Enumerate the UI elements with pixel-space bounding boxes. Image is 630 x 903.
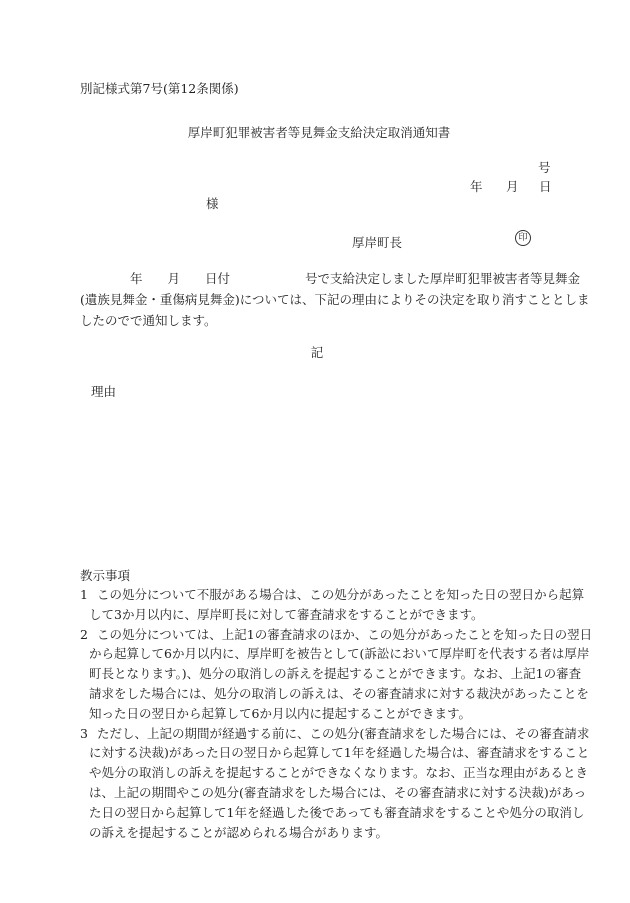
notice-number: 2 bbox=[80, 625, 88, 645]
notice-number: 1 bbox=[80, 585, 88, 605]
notice-line: に対する決裁)があった日の翌日から起算して1年を経過した場合は、審査請求をするこ… bbox=[80, 743, 560, 763]
date-month-label: 月 bbox=[506, 177, 519, 195]
notice-line: この処分については、上記1の審査請求のほか、この処分があったことを知った日の翌日 bbox=[80, 625, 560, 645]
notice-number: 3 bbox=[80, 724, 88, 744]
notice-line: 請求をした場合には、処分の取消しの訴えは、その審査請求に対する裁決があったことを bbox=[80, 684, 560, 704]
seal-icon: 印 bbox=[515, 230, 531, 246]
body-paragraph: 年 月 日付 号で支給決定しました厚岸町犯罪被害者等見舞金 (遺族見舞金・重傷病… bbox=[80, 268, 552, 331]
notice-line: 町長となります。)、処分の取消しの訴えを提起することができます。なお、上記1の審… bbox=[80, 664, 560, 684]
notice-line: から起算して6か月以内に、厚岸町を被告として(訴訟において厚岸町を代表する者は厚… bbox=[80, 644, 560, 664]
body-line: したのでで通知します。 bbox=[80, 310, 552, 331]
addressee-suffix: 様 bbox=[206, 194, 219, 212]
notice-item: 3 ただし、上記の期間が経過する前に、この処分(審査請求をした場合には、その審査… bbox=[80, 724, 560, 843]
notice-line: この処分について不服がある場合は、この処分があったことを知った日の翌日から起算 bbox=[80, 585, 560, 605]
form-id: 別記様式第7号(第12条関係) bbox=[80, 79, 239, 97]
ki-heading: 記 bbox=[0, 343, 630, 361]
notice-item: 2 この処分については、上記1の審査請求のほか、この処分があったことを知った日の… bbox=[80, 625, 560, 724]
notice-line: や処分の取消しの訴えを提起することができなくなります。なお、正当な理由があるとき bbox=[80, 763, 560, 783]
document-title: 厚岸町犯罪被害者等見舞金支給決定取消通知書 bbox=[0, 123, 630, 141]
notice-heading: 教示事項 bbox=[80, 566, 130, 584]
date-day-label: 日 bbox=[539, 177, 552, 195]
notice-line: ただし、上記の期間が経過する前に、この処分(審査請求をした場合には、その審査請求 bbox=[80, 724, 560, 744]
reason-label: 理由 bbox=[91, 382, 116, 400]
notice-line: は、上記の期間やこの処分(審査請求をした場合には、その審査請求に対する決裁)があ… bbox=[80, 783, 560, 803]
notice-item: 1 この処分について不服がある場合は、この処分があったことを知った日の翌日から起… bbox=[80, 585, 560, 625]
notice-line: して3か月以内に、厚岸町長に対して審査請求をすることができます。 bbox=[80, 605, 560, 625]
notice-line: の訴えを提起することが認められる場合があります。 bbox=[80, 823, 560, 843]
body-line: (遺族見舞金・重傷病見舞金)については、下記の理由によりその決定を取り消すことと… bbox=[80, 289, 552, 310]
notice-list: 1 この処分について不服がある場合は、この処分があったことを知った日の翌日から起… bbox=[80, 585, 560, 842]
notice-line: た日の翌日から起算して1年を経過した後であっても審査請求をすることや処分の取消し bbox=[80, 803, 560, 823]
sender-name: 厚岸町長 bbox=[352, 233, 402, 251]
document-number-label: 号 bbox=[538, 158, 551, 176]
date-year-label: 年 bbox=[470, 177, 483, 195]
notice-line: 知った日の翌日から起算して6か月以内に提起することができます。 bbox=[80, 704, 560, 724]
body-line: 年 月 日付 号で支給決定しました厚岸町犯罪被害者等見舞金 bbox=[80, 268, 552, 289]
